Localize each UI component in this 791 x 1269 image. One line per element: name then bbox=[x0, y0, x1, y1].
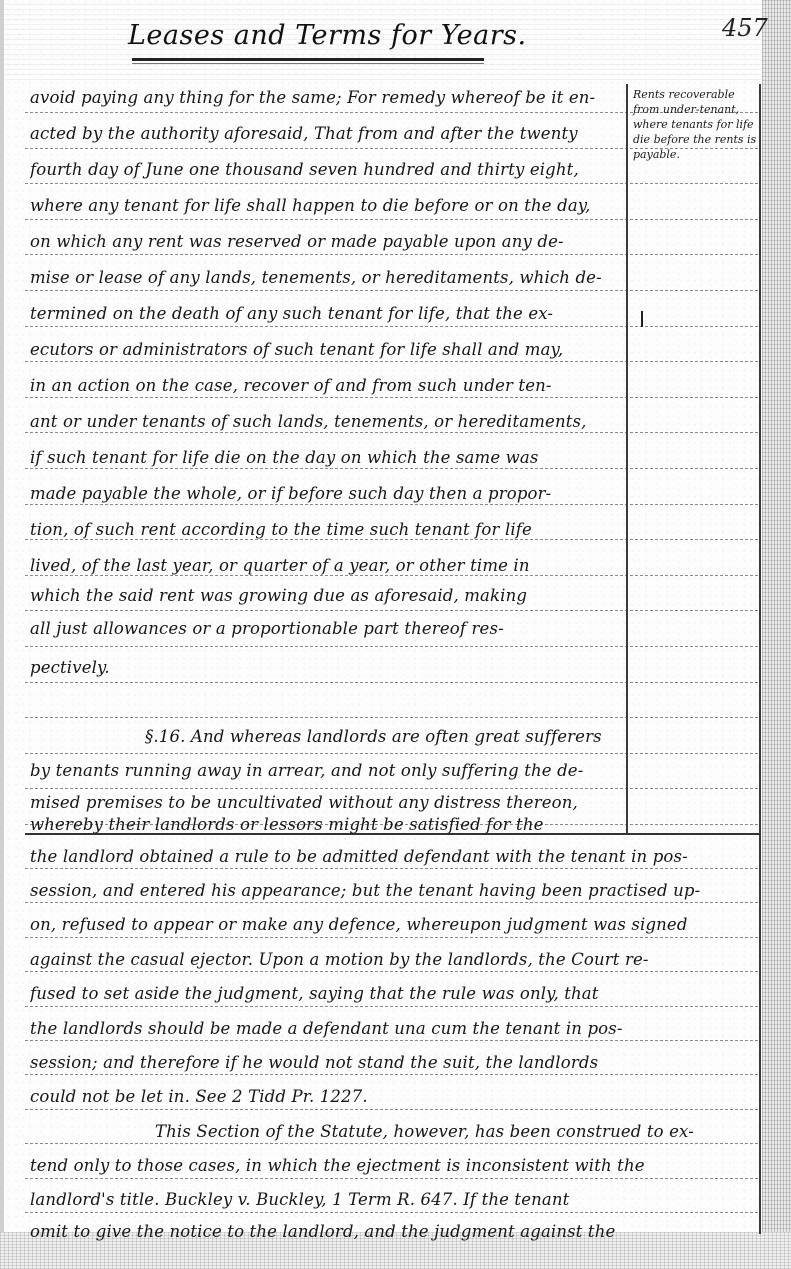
title-underline-thin bbox=[132, 63, 484, 64]
text-line: acted by the authority aforesaid, That f… bbox=[30, 124, 626, 144]
text-line: tion, of such rent according to the time… bbox=[30, 520, 626, 540]
text-line: session; and therefore if he would not s… bbox=[30, 1053, 760, 1073]
text-line: mised premises to be uncultivated withou… bbox=[30, 793, 626, 813]
ruled-line bbox=[25, 183, 760, 184]
text-line: where any tenant for life shall happen t… bbox=[30, 196, 626, 216]
text-line: if such tenant for life die on the day o… bbox=[30, 448, 626, 468]
text-line: omit to give the notice to the landlord,… bbox=[30, 1222, 760, 1242]
ruled-line bbox=[25, 1178, 760, 1179]
title-underline bbox=[132, 58, 484, 61]
document-page: Leases and Terms for Years. 457 Rents re… bbox=[0, 0, 791, 1269]
text-line: in an action on the case, recover of and… bbox=[30, 376, 626, 396]
ruled-line bbox=[25, 1143, 760, 1144]
text-line: pectively. bbox=[30, 658, 626, 678]
section-16-heading: §.16. And whereas landlords are often gr… bbox=[30, 727, 626, 747]
ruled-line bbox=[25, 717, 760, 718]
ruled-line bbox=[25, 610, 760, 611]
ruled-line bbox=[25, 937, 760, 938]
ruled-line bbox=[25, 254, 760, 255]
ruled-line bbox=[25, 646, 760, 647]
ruled-line bbox=[25, 868, 760, 869]
text-line: landlord's title. Buckley v. Buckley, 1 … bbox=[30, 1190, 760, 1210]
text-line: fourth day of June one thousand seven hu… bbox=[30, 160, 626, 180]
ruled-line bbox=[25, 432, 760, 433]
ruled-line bbox=[25, 902, 760, 903]
margin-note-line: die before the rents is bbox=[633, 132, 759, 147]
ruled-line bbox=[25, 504, 760, 505]
text-line: made payable the whole, or if before suc… bbox=[30, 484, 626, 504]
ruled-line bbox=[25, 1006, 760, 1007]
text-line: avoid paying any thing for the same; For… bbox=[30, 88, 626, 108]
running-title: Leases and Terms for Years. bbox=[128, 20, 527, 51]
ruled-line bbox=[25, 1074, 760, 1075]
text-line: all just allowances or a proportionable … bbox=[30, 619, 626, 639]
ruled-line bbox=[25, 1212, 760, 1213]
ruled-line bbox=[25, 468, 760, 469]
ruled-line bbox=[25, 971, 760, 972]
margin-column-divider bbox=[626, 84, 628, 834]
text-line: whereby their landlords or lessors might… bbox=[30, 815, 626, 835]
text-line: which the said rent was growing due as a… bbox=[30, 586, 626, 606]
text-line: ecutors or administrators of such tenant… bbox=[30, 340, 626, 360]
text-line: lived, of the last year, or quarter of a… bbox=[30, 556, 626, 576]
text-line: against the casual ejector. Upon a motio… bbox=[30, 950, 760, 970]
text-line: by tenants running away in arrear, and n… bbox=[30, 761, 626, 781]
ruled-line bbox=[25, 361, 760, 362]
text-line: fused to set aside the judgment, saying … bbox=[30, 984, 760, 1004]
ruled-line bbox=[25, 1109, 760, 1110]
text-line: termined on the death of any such tenant… bbox=[30, 304, 626, 324]
margin-note-line: Rents recoverable bbox=[633, 87, 759, 102]
paragraph-start: This Section of the Statute, however, ha… bbox=[30, 1122, 760, 1142]
ruled-line bbox=[25, 753, 760, 754]
text-line: on which any rent was reserved or made p… bbox=[30, 232, 626, 252]
margin-note-line: where tenants for life bbox=[633, 117, 759, 132]
margin-note-line: from under-tenant, bbox=[633, 102, 759, 117]
margin-note: Rents recoverable from under-tenant, whe… bbox=[633, 87, 759, 162]
ruled-line bbox=[25, 397, 760, 398]
ruled-line bbox=[25, 219, 760, 220]
text-line: the landlords should be made a defendant… bbox=[30, 1019, 760, 1039]
text-line: on, refused to appear or make any defenc… bbox=[30, 915, 760, 935]
ruled-line bbox=[25, 1040, 760, 1041]
ruled-line bbox=[25, 682, 760, 683]
margin-note-line: payable. bbox=[633, 147, 759, 162]
page-left-edge bbox=[0, 0, 4, 1269]
text-line: mise or lease of any lands, tenements, o… bbox=[30, 268, 626, 288]
text-line: session, and entered his appearance; but… bbox=[30, 881, 760, 901]
ruled-line bbox=[25, 326, 760, 327]
text-line: tend only to those cases, in which the e… bbox=[30, 1156, 760, 1176]
text-line: ant or under tenants of such lands, tene… bbox=[30, 412, 626, 432]
margin-tick-mark bbox=[641, 311, 643, 327]
page-right-binding-strip bbox=[762, 0, 791, 1269]
ruled-line bbox=[25, 788, 760, 789]
text-line: the landlord obtained a rule to be admit… bbox=[30, 847, 760, 867]
page-number: 457 bbox=[722, 14, 768, 42]
text-line: could not be let in. See 2 Tidd Pr. 1227… bbox=[30, 1087, 760, 1107]
ruled-line bbox=[25, 290, 760, 291]
